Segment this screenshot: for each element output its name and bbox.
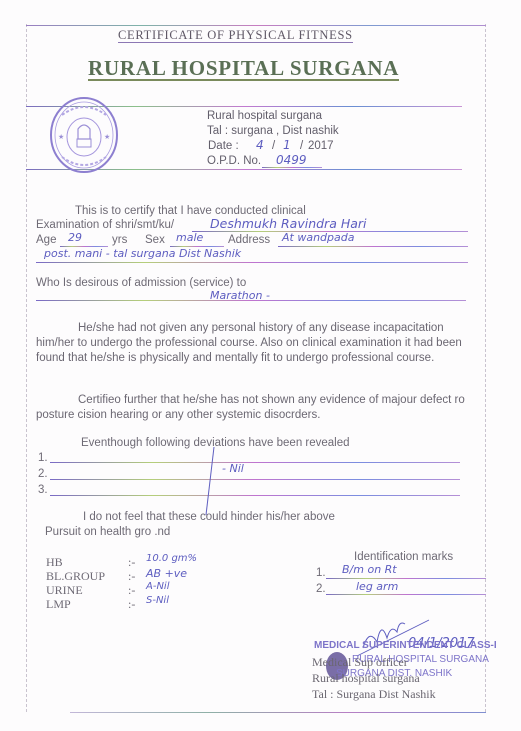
test-sep-hb: :- [128,555,135,570]
date-separator-1: / [272,139,275,153]
government-emblem-seal-icon: ★ ★ [48,95,120,175]
deviation-num-3: 3. [38,483,48,498]
history-paragraph: He/she had not given any personal histor… [36,321,470,366]
signatory-location: Tal : Surgana Dist Nashik [312,687,436,702]
address-underline [278,246,468,247]
deviation-line-3 [50,495,460,496]
sex-label: Sex [145,233,165,248]
test-sep-lmp: :- [128,597,135,612]
test-label-urine: URINE [46,583,83,598]
test-value-hb: 10.0 gm% [146,553,197,564]
test-value-blood-group: AB +ve [146,567,187,580]
bottom-border [70,712,486,713]
age-label: Age [36,233,56,248]
hospital-name: RURAL HOSPITAL SURGANA [88,57,399,81]
test-value-lmp: S-Nil [146,595,169,606]
hospital-address-line1: Rural hospital surgana [207,109,322,123]
deviation-line-1 [50,462,460,463]
opd-underline [262,167,322,168]
stamp-line1: MEDICAL SUPERINTENDENT CLASS-I [314,640,497,652]
opd-value: 0499 [276,153,307,167]
address-value: At wandpada [282,231,354,244]
test-value-urine: A-Nil [146,581,170,592]
date-separator-2: / [300,139,303,153]
examination-label: Examination of shri/smt/ku/ [36,218,174,233]
patient-name: Deshmukh Ravindra Hari [210,216,367,231]
opd-label: O.P.D. No. [207,154,261,168]
date-label: Date : [208,139,239,153]
identification-num-2: 2. [316,582,326,597]
hinder-paragraph: I do not feel that these could hinder hi… [83,510,335,525]
test-sep-urine: :- [128,583,135,598]
address-label: Address [228,233,270,248]
address-line2: post. mani - tal surgana Dist Nashik [44,247,241,260]
address-line2-underline [36,262,468,263]
signatory-title: Medical Sup officer [312,655,408,670]
identification-line-1 [326,578,486,579]
pursuit-text: Pursuit on health gro .nd [45,525,170,540]
identification-value-2: leg arm [356,580,398,593]
deviation-num-2: 2. [38,467,48,482]
identification-num-1: 1. [316,566,326,581]
identification-line-2 [326,594,486,595]
date-year: 2017 [308,139,334,153]
test-label-blood-group: BL.GROUP [46,569,105,584]
test-label-hb: HB [46,555,63,570]
handwritten-strike-mark [200,445,220,520]
age-value: 29 [68,231,82,244]
certificate-title: CERTIFICATE OF PHYSICAL FITNESS [118,28,353,43]
deviation-line-2 [50,479,460,480]
svg-text:★: ★ [104,133,110,141]
further-paragraph: Certifieo further that he/she has not sh… [36,393,470,423]
date-month: 1 [283,138,291,152]
sex-value: male [176,231,203,244]
signatory-hospital: Rural hospital surgana [312,671,420,686]
date-day: 4 [256,138,264,152]
hospital-address-line2: Tal : surgana , Dist nashik [207,124,339,138]
test-sep-blood-group: :- [128,569,135,584]
identification-value-1: B/m on Rt [342,563,397,576]
admission-underline [36,300,466,301]
deviation-value-2: - Nil [222,462,244,475]
deviation-num-1: 1. [38,451,48,466]
test-label-lmp: LMP [46,597,71,612]
yrs-label: yrs [112,233,127,248]
svg-text:★: ★ [58,133,64,141]
top-border [26,25,486,26]
